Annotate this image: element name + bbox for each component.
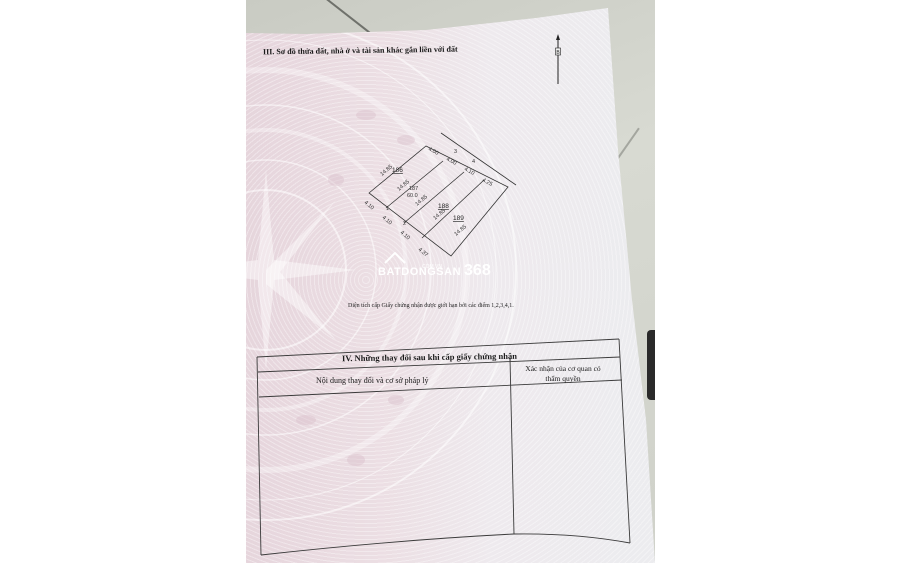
column-header-confirmation: Xác nhận của cơ quan có thẩm quyền	[518, 364, 608, 384]
floor-crack	[323, 0, 370, 33]
dark-object	[647, 330, 655, 400]
certificate-page: III. Sơ đồ thửa đất, nhà ở và tài sản kh…	[246, 0, 655, 563]
changes-table	[246, 0, 655, 563]
floor-crack	[615, 128, 640, 162]
column-header-changes: Nội dung thay đổi và cơ sở pháp lý	[316, 376, 428, 385]
document-photo: III. Sơ đồ thửa đất, nhà ở và tài sản kh…	[246, 0, 655, 563]
